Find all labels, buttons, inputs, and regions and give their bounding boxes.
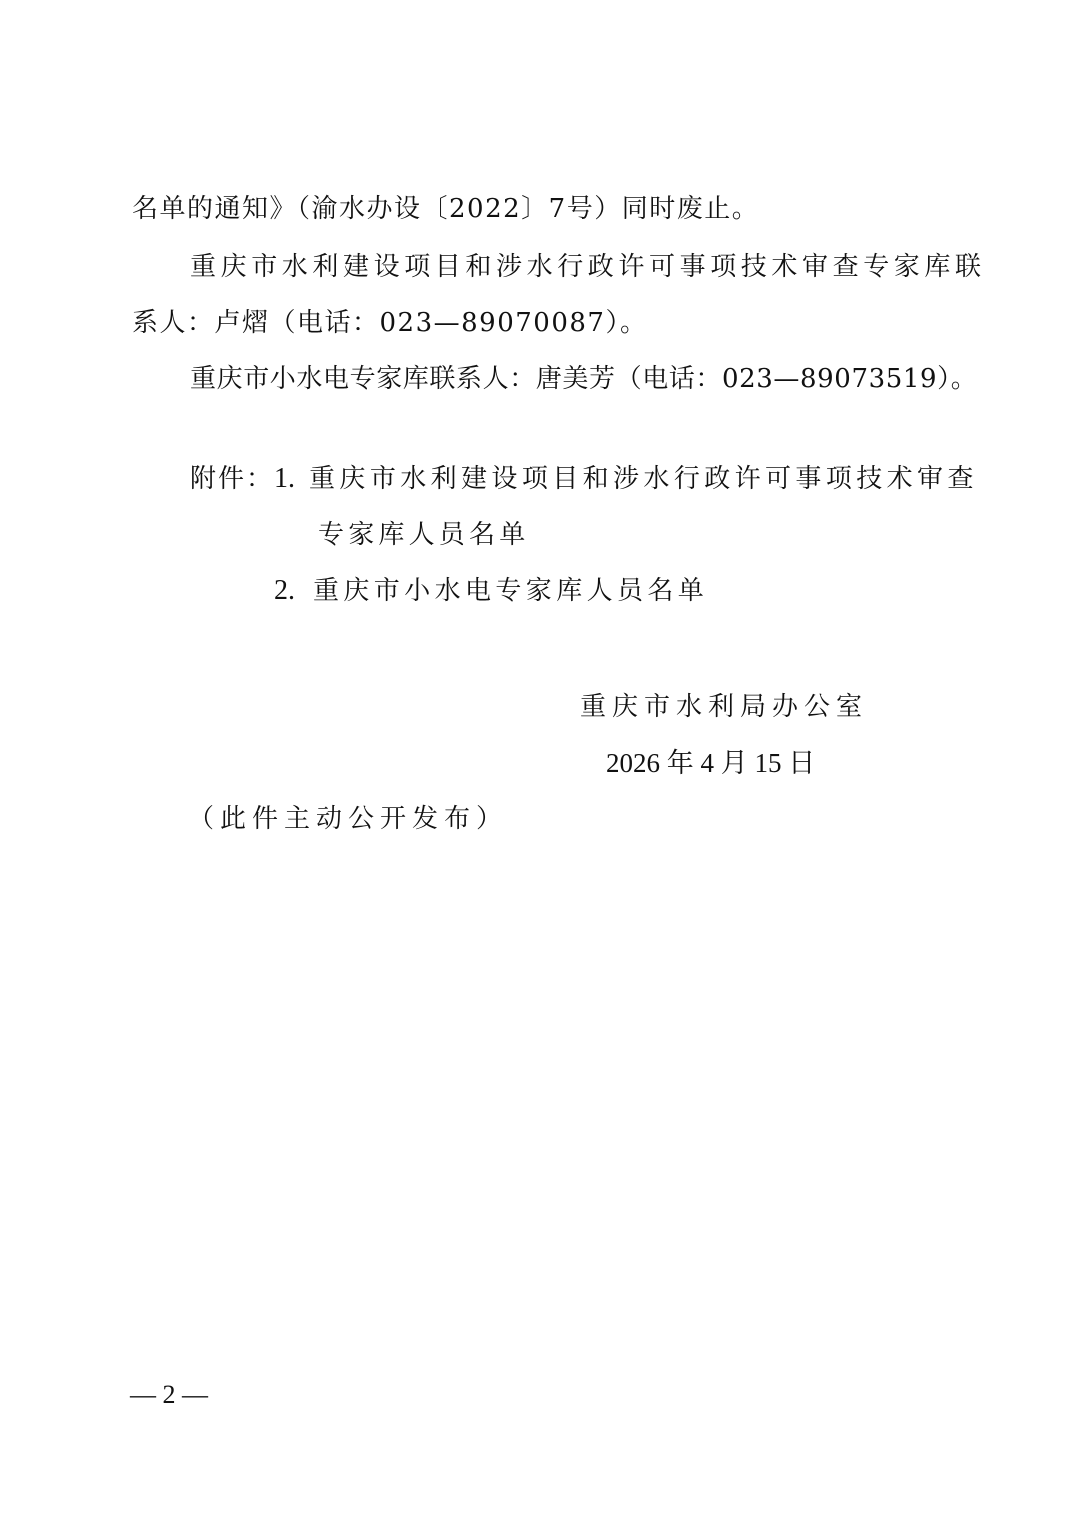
- contact-paragraph-1-line-1: 重庆市水利建设项目和涉水行政许可事项技术审查专家库联: [190, 250, 986, 284]
- attachment-1-title-line-2[interactable]: 专家库人员名单: [318, 518, 529, 552]
- attachments-label: 附件：: [190, 464, 274, 494]
- attachment-2-number: 2.: [274, 575, 295, 606]
- issue-date: 2026 年 4 月 15 日: [606, 746, 815, 780]
- contact-paragraph-1-line-2: 系人：卢熠（电话：023—89070087）。: [132, 306, 647, 340]
- disclosure-note: （此件主动公开发布）: [188, 802, 508, 836]
- body-line-repeal-notice: 名单的通知》（渝水办设〔2022〕7号）同时废止。: [132, 192, 759, 226]
- attachment-1-number: 1.: [274, 463, 295, 494]
- attachment-2: 2.重庆市小水电专家库人员名单: [274, 574, 708, 608]
- attachments-block: 附件：1.重庆市水利建设项目和涉水行政许可事项技术审查: [190, 462, 978, 496]
- contact-paragraph-2: 重庆市小水电专家库联系人：唐美芳（电话：023—89073519）。: [190, 362, 977, 396]
- attachment-2-title[interactable]: 重庆市小水电专家库人员名单: [313, 576, 708, 606]
- document-page: 名单的通知》（渝水办设〔2022〕7号）同时废止。 重庆市水利建设项目和涉水行政…: [0, 0, 1074, 1520]
- attachment-1-title-line-1[interactable]: 重庆市水利建设项目和涉水行政许可事项技术审查: [309, 464, 978, 494]
- page-number: — 2 —: [130, 1378, 208, 1412]
- issuer-signature: 重庆市水利局办公室: [580, 690, 868, 724]
